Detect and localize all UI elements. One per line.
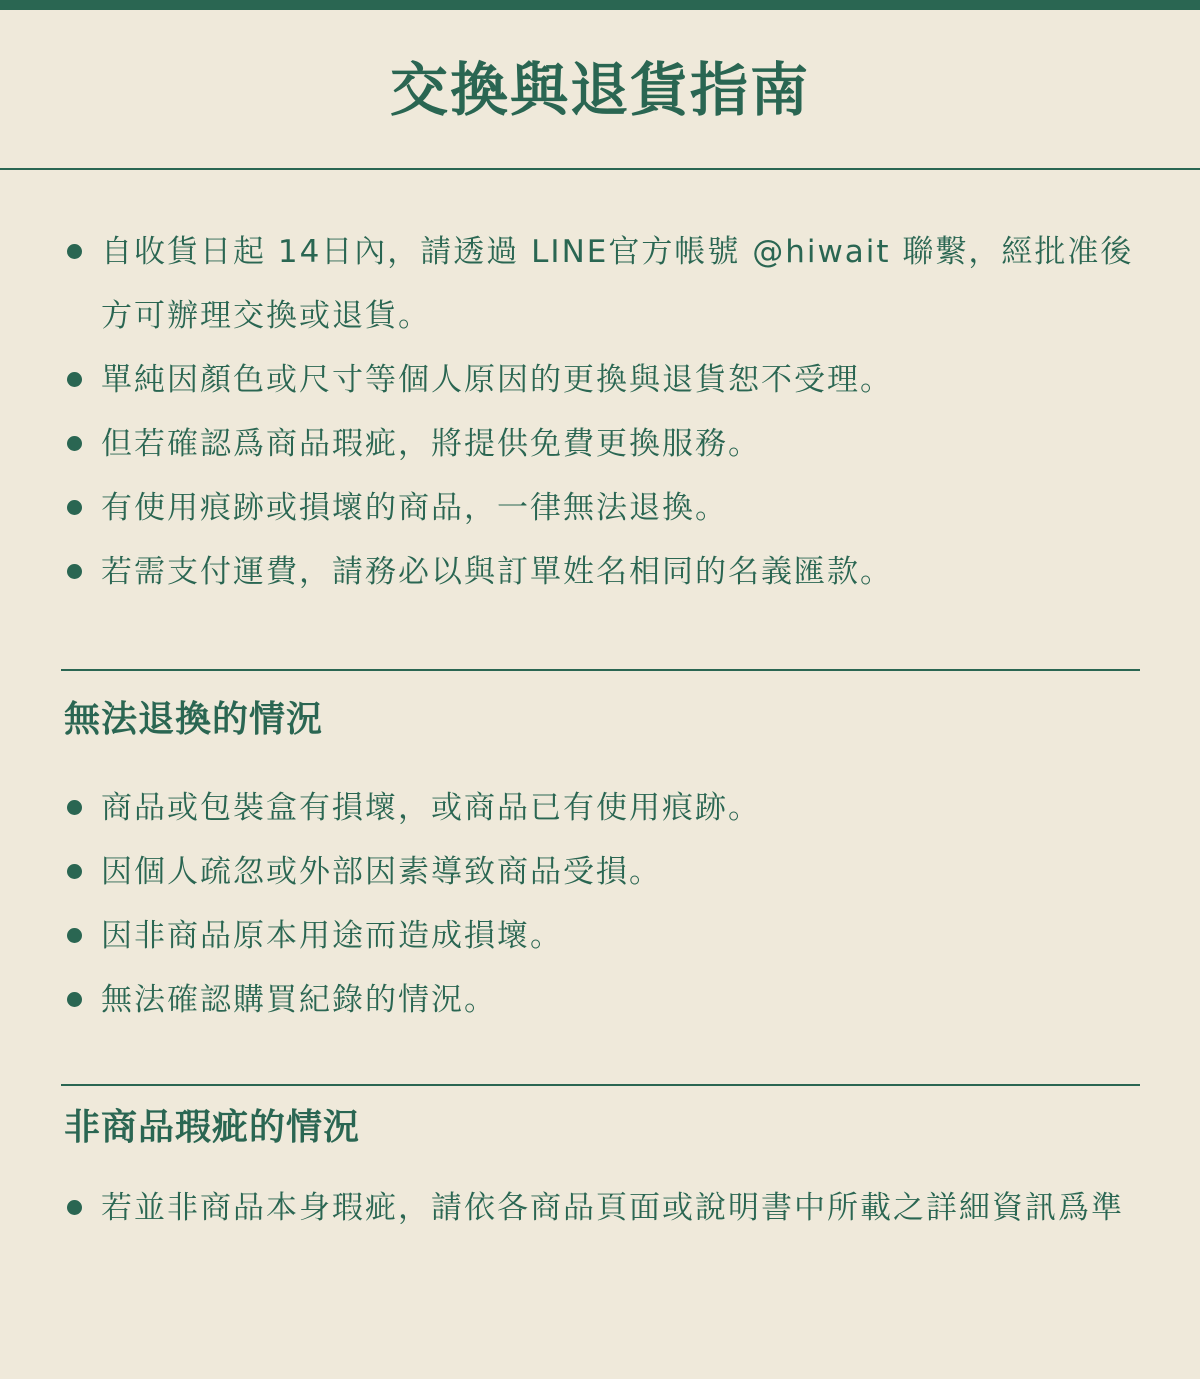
list-item: 有使用痕跡或損壞的商品，一律無法退換。 (64, 476, 1164, 540)
list-item-text: 若需支付運費，請務必以與訂單姓名相同的名義匯款。 (101, 554, 893, 590)
page-title: 交換與退貨指南 (0, 52, 1200, 128)
bullet-icon (67, 992, 82, 1007)
section-divider (61, 669, 1140, 671)
section-heading-non-defect: 非商品瑕疵的情況 (64, 1106, 360, 1150)
top-accent-bar (0, 0, 1200, 10)
list-item-text: 因非商品原本用途而造成損壞。 (101, 918, 563, 954)
list-item: 但若確認爲商品瑕疵，將提供免費更換服務。 (64, 412, 1164, 476)
list-item-text: 自收貨日起 14日內，請透過 LINE官方帳號 @hiwait 聯繫，經批准後方… (101, 234, 1133, 334)
list-item: 因非商品原本用途而造成損壞。 (64, 904, 1164, 968)
list-item-text: 單純因顏色或尺寸等個人原因的更換與退貨恕不受理。 (101, 362, 893, 398)
bullet-icon (67, 500, 82, 515)
bullet-icon (67, 564, 82, 579)
header-divider (0, 168, 1200, 170)
list-item-text: 但若確認爲商品瑕疵，將提供免費更換服務。 (101, 426, 761, 462)
list-item-text: 有使用痕跡或損壞的商品，一律無法退換。 (101, 490, 728, 526)
bullet-icon (67, 436, 82, 451)
list-item: 若需支付運費，請務必以與訂單姓名相同的名義匯款。 (64, 540, 1164, 604)
section-divider (61, 1084, 1140, 1086)
non-defect-list: 若並非商品本身瑕疵，請依各商品頁面或說明書中所載之詳細資訊爲準 (64, 1176, 1164, 1240)
list-item: 因個人疏忽或外部因素導致商品受損。 (64, 840, 1164, 904)
list-item-text: 商品或包裝盒有損壞，或商品已有使用痕跡。 (101, 790, 761, 826)
intro-list: 自收貨日起 14日內，請透過 LINE官方帳號 @hiwait 聯繫，經批准後方… (64, 220, 1164, 604)
list-item-text: 若並非商品本身瑕疵，請依各商品頁面或說明書中所載之詳細資訊爲準 (101, 1190, 1124, 1226)
list-item-text: 因個人疏忽或外部因素導致商品受損。 (101, 854, 662, 890)
non-returnable-list: 商品或包裝盒有損壞，或商品已有使用痕跡。 因個人疏忽或外部因素導致商品受損。 因… (64, 776, 1164, 1032)
bullet-icon (67, 372, 82, 387)
list-item: 單純因顏色或尺寸等個人原因的更換與退貨恕不受理。 (64, 348, 1164, 412)
list-item-text: 無法確認購買紀錄的情況。 (101, 982, 497, 1018)
list-item: 自收貨日起 14日內，請透過 LINE官方帳號 @hiwait 聯繫，經批准後方… (64, 220, 1164, 348)
list-item: 若並非商品本身瑕疵，請依各商品頁面或說明書中所載之詳細資訊爲準 (64, 1176, 1164, 1240)
bullet-icon (67, 800, 82, 815)
bullet-icon (67, 244, 82, 259)
bullet-icon (67, 864, 82, 879)
bullet-icon (67, 928, 82, 943)
list-item: 無法確認購買紀錄的情況。 (64, 968, 1164, 1032)
section-heading-non-returnable: 無法退換的情況 (64, 698, 323, 742)
bullet-icon (67, 1200, 82, 1215)
list-item: 商品或包裝盒有損壞，或商品已有使用痕跡。 (64, 776, 1164, 840)
